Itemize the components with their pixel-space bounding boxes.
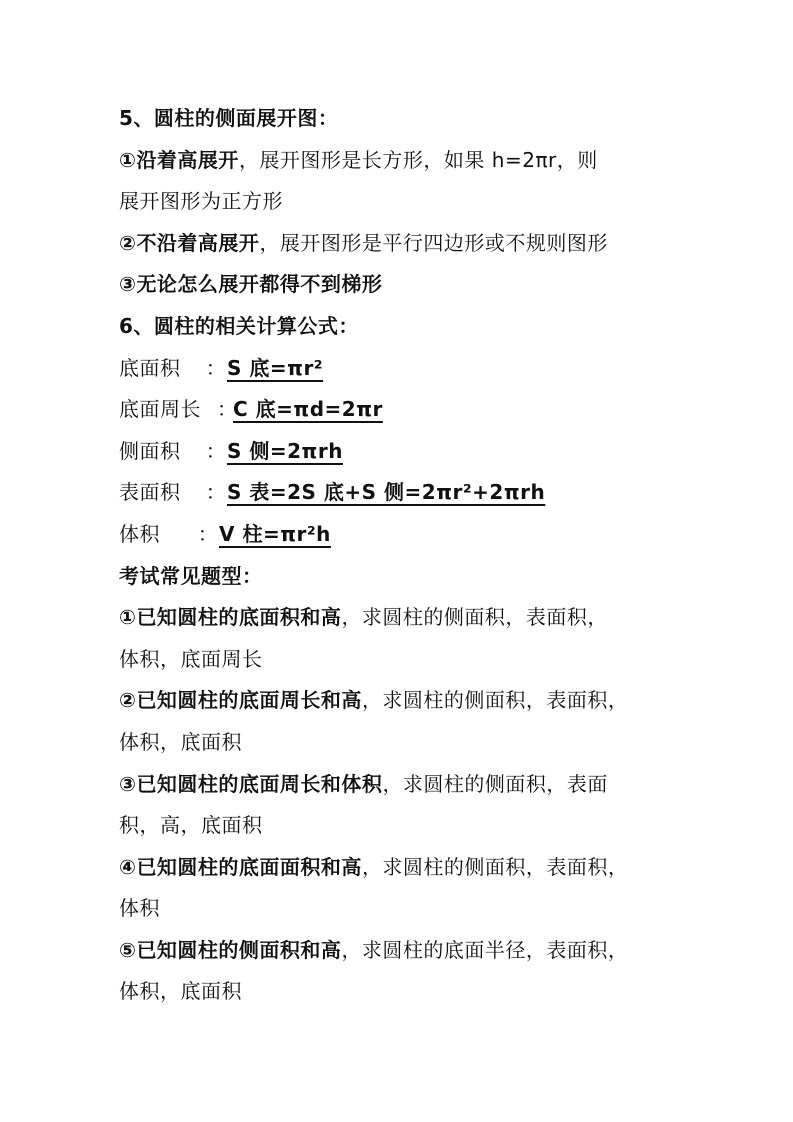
item-text: ，展开图形是长方形，如果 h=2πr，则: [239, 148, 598, 172]
formula-colon: ：: [217, 389, 233, 431]
question-text: ，求圆柱的侧面积，表面: [382, 772, 608, 796]
question-bold-text: 已知圆柱的底面周长和体积: [136, 772, 382, 796]
question-marker: ①: [119, 605, 136, 629]
section-6-heading: 6、圆柱的相关计算公式：: [119, 306, 679, 348]
question-bold-text: 已知圆柱的底面面积和高: [136, 855, 362, 879]
formula-text: S 表=2S 底+S 侧=2πr²+2πrh: [227, 480, 545, 504]
section-5-heading: 5、圆柱的侧面展开图：: [119, 98, 679, 140]
question-bold-text: 已知圆柱的侧面积和高: [136, 938, 341, 962]
formula-text: C 底=πd=2πr: [233, 397, 383, 421]
item-bold-text: 沿着高展开: [136, 148, 239, 172]
item-marker: ②: [119, 231, 136, 255]
formula-row-lateral-area: 侧面积：S 侧=2πrh: [119, 431, 679, 473]
formula-label: 底面积: [119, 348, 205, 390]
exam-question-5: ⑤已知圆柱的侧面积和高，求圆柱的底面半径，表面积，: [119, 930, 679, 972]
question-marker: ④: [119, 855, 136, 879]
exam-question-2-cont: 体积，底面积: [119, 722, 679, 764]
question-text: ，求圆柱的底面半径，表面积，: [341, 938, 628, 962]
formula-label: 体积: [119, 514, 197, 556]
item-marker: ①: [119, 148, 136, 172]
document-page: 5、圆柱的侧面展开图： ①沿着高展开，展开图形是长方形，如果 h=2πr，则 展…: [119, 98, 679, 1013]
item-bold-text: 不沿着高展开: [136, 231, 259, 255]
formula-colon: ：: [205, 472, 227, 514]
formula-colon: ：: [205, 431, 227, 473]
question-text: ，求圆柱的侧面积，表面积，: [362, 688, 629, 712]
exam-question-2: ②已知圆柱的底面周长和高，求圆柱的侧面积，表面积，: [119, 680, 679, 722]
exam-question-3: ③已知圆柱的底面周长和体积，求圆柱的侧面积，表面: [119, 764, 679, 806]
exam-question-1-cont: 体积，底面周长: [119, 639, 679, 681]
question-marker: ③: [119, 772, 136, 796]
question-bold-text: 已知圆柱的底面周长和高: [136, 688, 362, 712]
question-bold-text: 已知圆柱的底面积和高: [136, 605, 341, 629]
formula-text: S 底=πr²: [227, 356, 323, 380]
formula-row-base-area: 底面积：S 底=πr²: [119, 348, 679, 390]
section-5-item-1-cont: 展开图形为正方形: [119, 181, 679, 223]
exam-question-4: ④已知圆柱的底面面积和高，求圆柱的侧面积，表面积，: [119, 847, 679, 889]
question-marker: ②: [119, 688, 136, 712]
question-marker: ⑤: [119, 938, 136, 962]
item-marker: ③: [119, 272, 136, 296]
exam-question-5-cont: 体积，底面积: [119, 971, 679, 1013]
section-5-item-1: ①沿着高展开，展开图形是长方形，如果 h=2πr，则: [119, 140, 679, 182]
exam-question-4-cont: 体积: [119, 888, 679, 930]
formula-text: V 柱=πr²h: [219, 522, 331, 546]
formula-text: S 侧=2πrh: [227, 439, 343, 463]
formula-row-volume: 体积：V 柱=πr²h: [119, 514, 679, 556]
exam-question-1: ①已知圆柱的底面积和高，求圆柱的侧面积，表面积，: [119, 597, 679, 639]
section-5-item-3: ③无论怎么展开都得不到梯形: [119, 264, 679, 306]
exam-heading: 考试常见题型：: [119, 556, 679, 598]
formula-row-base-perimeter: 底面周长：C 底=πd=2πr: [119, 389, 679, 431]
item-bold-text: 无论怎么展开都得不到梯形: [136, 272, 382, 296]
formula-row-surface-area: 表面积：S 表=2S 底+S 侧=2πr²+2πrh: [119, 472, 679, 514]
question-text: ，求圆柱的侧面积，表面积，: [341, 605, 608, 629]
formula-label: 底面周长: [119, 389, 217, 431]
section-5-item-2: ②不沿着高展开，展开图形是平行四边形或不规则图形: [119, 223, 679, 265]
formula-label: 侧面积: [119, 431, 205, 473]
formula-colon: ：: [197, 514, 219, 556]
question-text: ，求圆柱的侧面积，表面积，: [362, 855, 629, 879]
formula-colon: ：: [205, 348, 227, 390]
item-text: ，展开图形是平行四边形或不规则图形: [259, 231, 608, 255]
exam-question-3-cont: 积，高，底面积: [119, 805, 679, 847]
formula-label: 表面积: [119, 472, 205, 514]
